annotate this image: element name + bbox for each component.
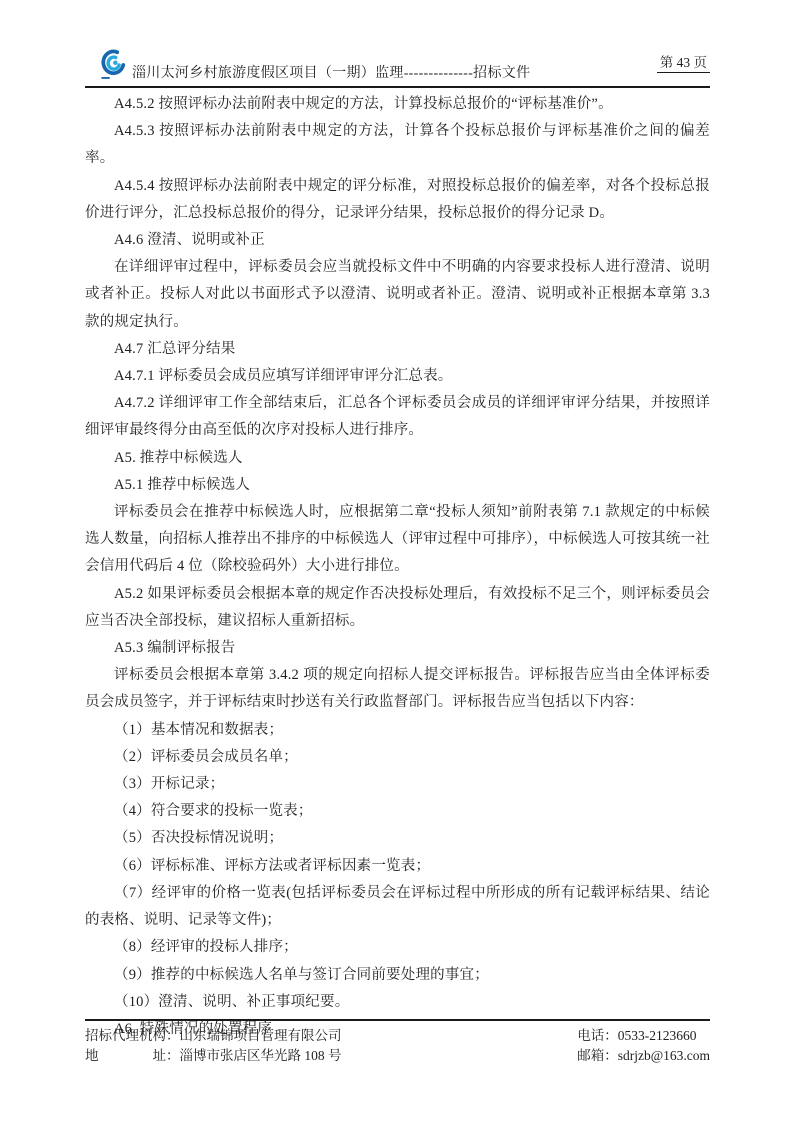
paragraph: A4.7.1 评标委员会成员应填写详细评审评分汇总表。 (85, 363, 710, 390)
page-header: 淄川太河乡村旅游度假区项目（一期）监理--------------招标文件 第 … (85, 0, 710, 88)
section-heading: A5.1 推荐中标候选人 (85, 472, 710, 499)
list-item: （7）经评审的价格一览表(包括评标委员会在评标过程中所形成的所有记载评标结果、结… (85, 880, 710, 934)
page-footer: 招标代理机构：山东瑞锦项目管理有限公司 地 址：淄博市张店区华光路 108 号 … (85, 1019, 710, 1065)
paragraph: 评标委员会在推荐中标候选人时，应根据第二章“投标人须知”前附表第 7.1 款规定… (85, 499, 710, 581)
agency-line: 招标代理机构：山东瑞锦项目管理有限公司 (85, 1026, 342, 1046)
section-heading: A4.7 汇总评分结果 (85, 336, 710, 363)
list-item: （9）推荐的中标候选人名单与签订合同前要处理的事宜； (85, 962, 710, 989)
address-line: 地 址：淄博市张店区华光路 108 号 (85, 1046, 342, 1066)
paragraph: A4.5.3 按照评标办法前附表中规定的方法，计算各个投标总报价与评标基准价之间… (85, 118, 710, 172)
section-heading: A5. 推荐中标候选人 (85, 445, 710, 472)
list-item: （6）评标标准、评标方法或者评标因素一览表； (85, 853, 710, 880)
paragraph: 评标委员会根据本章第 3.4.2 项的规定向招标人提交评标报告。评标报告应当由全… (85, 662, 710, 716)
document-page: 淄川太河乡村旅游度假区项目（一期）监理--------------招标文件 第 … (0, 0, 793, 1122)
email-line: 邮箱：sdrjzb@163.com (577, 1046, 710, 1066)
section-heading: A4.6 澄清、说明或补正 (85, 227, 710, 254)
list-item: （2）评标委员会成员名单； (85, 744, 710, 771)
company-logo-icon (97, 47, 127, 83)
list-item: （8）经评审的投标人排序； (85, 934, 710, 961)
list-item: （1）基本情况和数据表； (85, 717, 710, 744)
list-item: （5）否决投标情况说明； (85, 825, 710, 852)
paragraph: A4.5.4 按照评标办法前附表中规定的评分标准，对照投标总报价的偏差率，对各个… (85, 173, 710, 227)
footer-right-column: 电话：0533-2123660 邮箱：sdrjzb@163.com (577, 1026, 710, 1065)
paragraph: A4.7.2 详细评审工作全部结束后，汇总各个评标委员会成员的详细评审评分结果，… (85, 390, 710, 444)
list-item: （10）澄清、说明、补正事项纪要。 (85, 989, 710, 1016)
document-title: 淄川太河乡村旅游度假区项目（一期）监理--------------招标文件 (132, 65, 530, 83)
document-body: A4.5.2 按照评标办法前附表中规定的方法，计算投标总报价的“评标基准价”。 … (85, 91, 710, 1043)
page-number: 第 43 页 (657, 51, 710, 73)
paragraph: A4.5.2 按照评标办法前附表中规定的方法，计算投标总报价的“评标基准价”。 (85, 91, 710, 118)
list-item: （3）开标记录； (85, 771, 710, 798)
list-item: （4）符合要求的投标一览表； (85, 798, 710, 825)
phone-line: 电话：0533-2123660 (577, 1026, 710, 1046)
paragraph: 在详细评审过程中，评标委员会应当就投标文件中不明确的内容要求投标人进行澄清、说明… (85, 254, 710, 336)
footer-left-column: 招标代理机构：山东瑞锦项目管理有限公司 地 址：淄博市张店区华光路 108 号 (85, 1026, 342, 1065)
section-heading: A5.3 编制评标报告 (85, 635, 710, 662)
paragraph: A5.2 如果评标委员会根据本章的规定作否决投标处理后，有效投标不足三个，则评标… (85, 581, 710, 635)
